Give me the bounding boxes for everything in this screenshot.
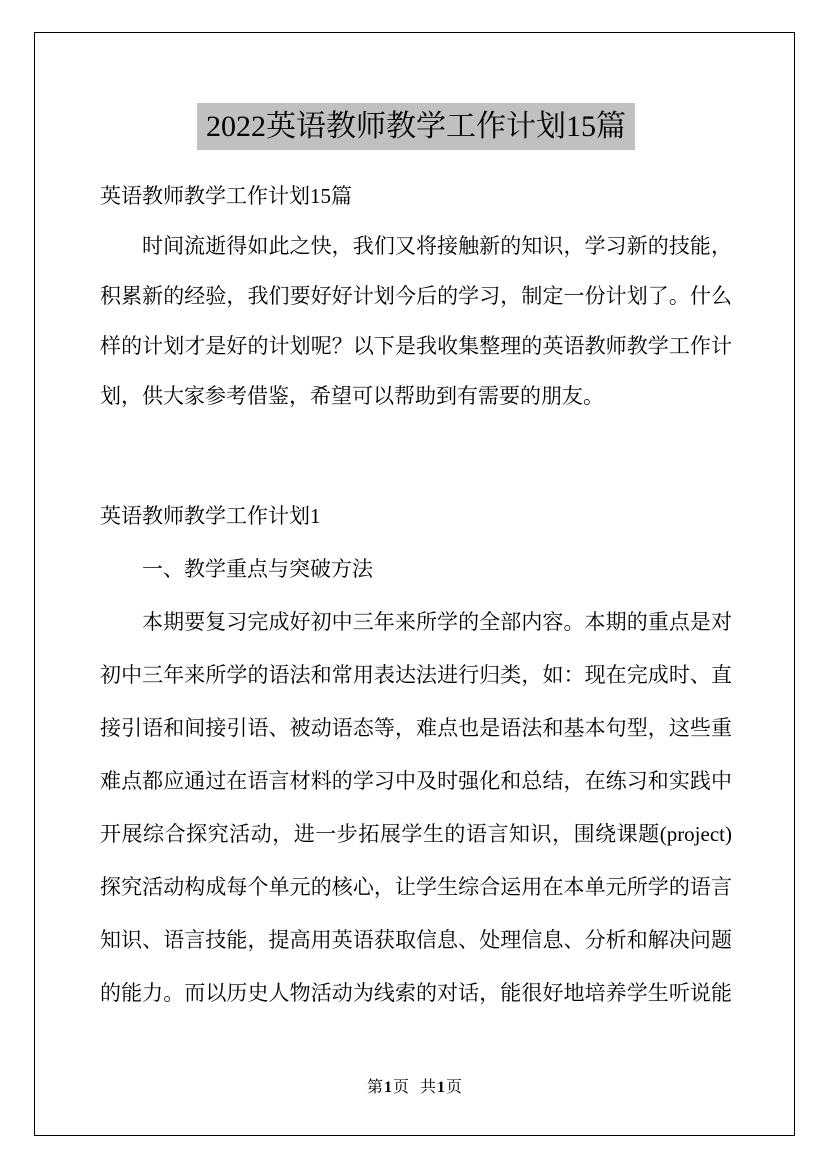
text-line: 本期要复习完成好初中三年来所学的全部内容。本期的重点是对 <box>100 596 732 649</box>
text-line: 的能力。而以历史人物活动为线索的对话，能很好地培养学生听说能 <box>100 967 732 1020</box>
footer-page-prefix: 第 <box>367 1079 383 1096</box>
intro-block: 英语教师教学工作计划15篇时间流逝得如此之快，我们又将接触新的知识，学习新的技能… <box>100 171 732 421</box>
text-line: 初中三年来所学的语法和常用表达法进行归类，如：现在完成时、直 <box>100 649 732 702</box>
footer-total-number: 1 <box>436 1079 446 1096</box>
document-page: 2022英语教师教学工作计划15篇 英语教师教学工作计划15篇时间流逝得如此之快… <box>0 0 827 1170</box>
footer-page-number: 1 <box>383 1079 393 1096</box>
text-line: 划，供大家参考借鉴，希望可以帮助到有需要的朋友。 <box>100 371 732 421</box>
text-line: 积累新的经验，我们要好好计划今后的学习，制定一份计划了。什么 <box>100 271 732 321</box>
text-line: 一、教学重点与突破方法 <box>100 543 732 596</box>
text-line: 时间流逝得如此之快，我们又将接触新的知识，学习新的技能， <box>100 221 732 271</box>
text-line: 知识、语言技能，提高用英语获取信息、处理信息、分析和解决问题 <box>100 914 732 967</box>
footer-page-suffix: 页 <box>393 1079 409 1096</box>
text-line: 样的计划才是好的计划呢？以下是我收集整理的英语教师教学工作计 <box>100 321 732 371</box>
text-line: 接引语和间接引语、被动语态等，难点也是语法和基本句型，这些重 <box>100 702 732 755</box>
page-footer: 第1页共1页 <box>34 1078 795 1098</box>
text-line: 难点都应通过在语言材料的学习中及时强化和总结，在练习和实践中 <box>100 755 732 808</box>
title-row: 2022英语教师教学工作计划15篇 <box>100 103 732 150</box>
text-line: 开展综合探究活动，进一步拓展学生的语言知识，围绕课题(project) <box>100 808 732 861</box>
document-title: 2022英语教师教学工作计划15篇 <box>197 103 635 150</box>
footer-total-suffix: 页 <box>446 1079 462 1096</box>
text-line: 英语教师教学工作计划1 <box>100 490 732 543</box>
footer-total-prefix: 共 <box>420 1079 436 1096</box>
text-line: 英语教师教学工作计划15篇 <box>100 171 732 221</box>
text-line: 探究活动构成每个单元的核心，让学生综合运用在本单元所学的语言 <box>100 861 732 914</box>
section1-block: 英语教师教学工作计划1一、教学重点与突破方法本期要复习完成好初中三年来所学的全部… <box>100 490 732 1020</box>
